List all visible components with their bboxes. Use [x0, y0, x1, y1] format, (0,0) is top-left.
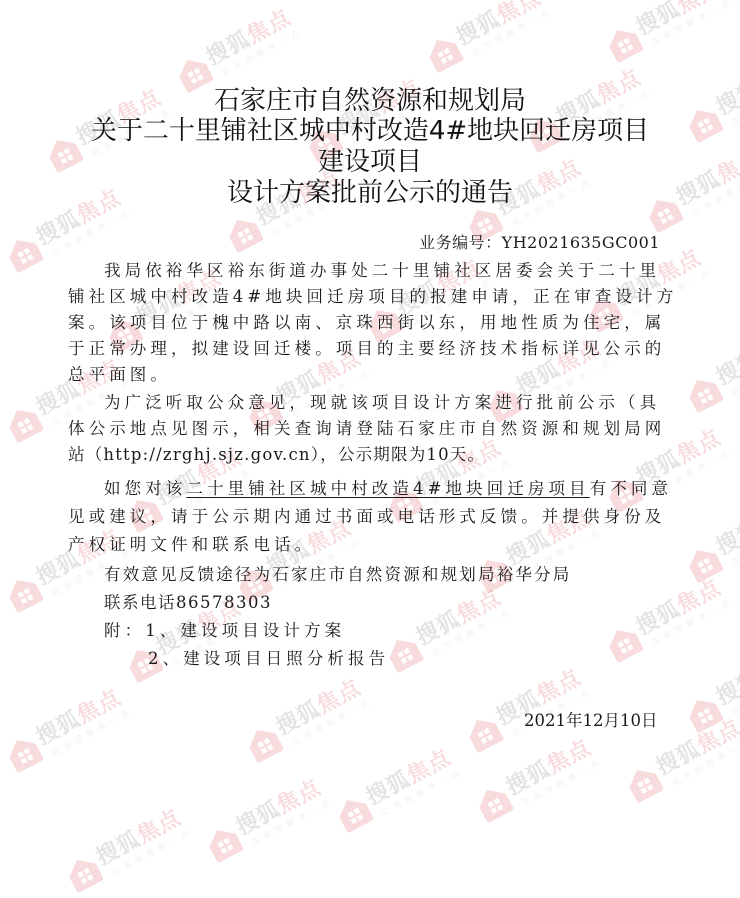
title-line-3: 建设项目	[0, 147, 740, 177]
house-icon	[474, 783, 515, 824]
paragraph-3-suffix: 有不同意	[590, 479, 672, 498]
paragraph-1-line-2: 铺社区城中村改造4#地块回迁房项目的报建申请，正在审查设计方	[68, 286, 660, 308]
house-icon	[464, 713, 505, 754]
watermark: 搜狐焦点让买房简单一点	[60, 798, 195, 897]
house-icon	[244, 723, 285, 764]
house-icon	[4, 733, 45, 774]
business-number-label: 业务编号：	[419, 233, 502, 252]
paragraph-3-line-1: 如您对该二十里铺社区城中村改造4#地块回迁房项目有不同意	[68, 478, 660, 500]
contact-phone: 联系电话86578303	[68, 592, 660, 614]
watermark: 搜狐焦点让买房简单一点	[170, 0, 305, 97]
house-icon	[604, 23, 645, 64]
house-icon	[4, 233, 45, 274]
house-icon	[4, 403, 45, 444]
feedback-channel: 有效意见反馈途径为石家庄市自然资源和规划局裕华分局	[68, 564, 660, 586]
house-icon	[424, 33, 465, 74]
paragraph-2-line-2: 体公示地点见图示，相关查询请登陆石家庄市自然资源和规划局网	[68, 418, 660, 440]
paragraph-1-line-5: 总平面图。	[68, 364, 660, 386]
watermark: 搜狐焦点让买房简单一点	[420, 0, 555, 77]
watermark: 搜狐焦点让买房简单一点	[680, 488, 740, 587]
watermark: 搜狐焦点让买房简单一点	[600, 0, 735, 67]
house-icon	[624, 763, 665, 804]
paragraph-2-line-3: 站（http://zrghj.sjz.gov.cn），公示期限为10天。	[68, 444, 660, 466]
attachment-2: 2、建设项目日照分析报告	[68, 648, 660, 670]
house-icon	[684, 373, 725, 414]
house-icon	[4, 573, 45, 614]
house-icon	[684, 543, 725, 584]
paragraph-1-line-1: 我局依裕华区裕东街道办事处二十里铺社区居委会关于二十里	[68, 260, 660, 282]
attachments-label: 附：	[104, 621, 145, 640]
house-icon	[224, 213, 265, 254]
issue-date: 2021年12月10日	[524, 710, 724, 732]
attachment-1-text: 1、建设项目设计方案	[145, 621, 345, 640]
paragraph-3-line-3: 产权证明文件和联系电话。	[68, 534, 660, 556]
watermark: 搜狐焦点让买房简单一点	[460, 658, 595, 757]
business-number: 业务编号：YH2021635GC001	[419, 230, 660, 253]
paragraph-3-prefix: 如您对该	[104, 479, 186, 498]
watermark: 搜狐焦点让买房简单一点	[680, 318, 740, 417]
paragraph-1-line-4: 于正常办理，拟建设回迁楼。项目的主要经济技术指标详见公示的	[68, 338, 660, 360]
project-name-underlined: 二十里铺社区城中村改造4#地块回迁房项目	[186, 479, 589, 498]
watermark: 搜狐焦点让买房简单一点	[330, 738, 465, 837]
paragraph-3-line-2: 见或建议，请于公示期内通过书面或电话形式反馈。并提供身份及	[68, 506, 660, 528]
title-line-4: 设计方案批前公示的通告	[0, 178, 740, 208]
watermark: 搜狐焦点让买房简单一点	[240, 668, 375, 767]
paragraph-2-line-1: 为广泛听取公众意见，现就该项目设计方案进行批前公示（具	[68, 392, 660, 414]
watermark: 搜狐焦点让买房简单一点	[470, 728, 605, 827]
house-icon	[334, 793, 375, 834]
paragraph-1-line-3: 案。该项目位于槐中路以南、京珠西街以东，用地性质为住宅，属	[68, 312, 660, 334]
title-line-2: 关于二十里铺社区城中村改造4#地块回迁房项目	[0, 116, 740, 146]
watermark: 搜狐焦点让买房简单一点	[200, 768, 335, 867]
watermark: 搜狐焦点让买房简单一点	[0, 678, 135, 777]
title-line-1: 石家庄市自然资源和规划局	[0, 86, 740, 116]
business-number-value: YH2021635GC001	[502, 233, 660, 252]
house-icon	[204, 823, 245, 864]
attachment-1: 附：1、建设项目设计方案	[68, 620, 660, 642]
house-icon	[64, 853, 105, 894]
